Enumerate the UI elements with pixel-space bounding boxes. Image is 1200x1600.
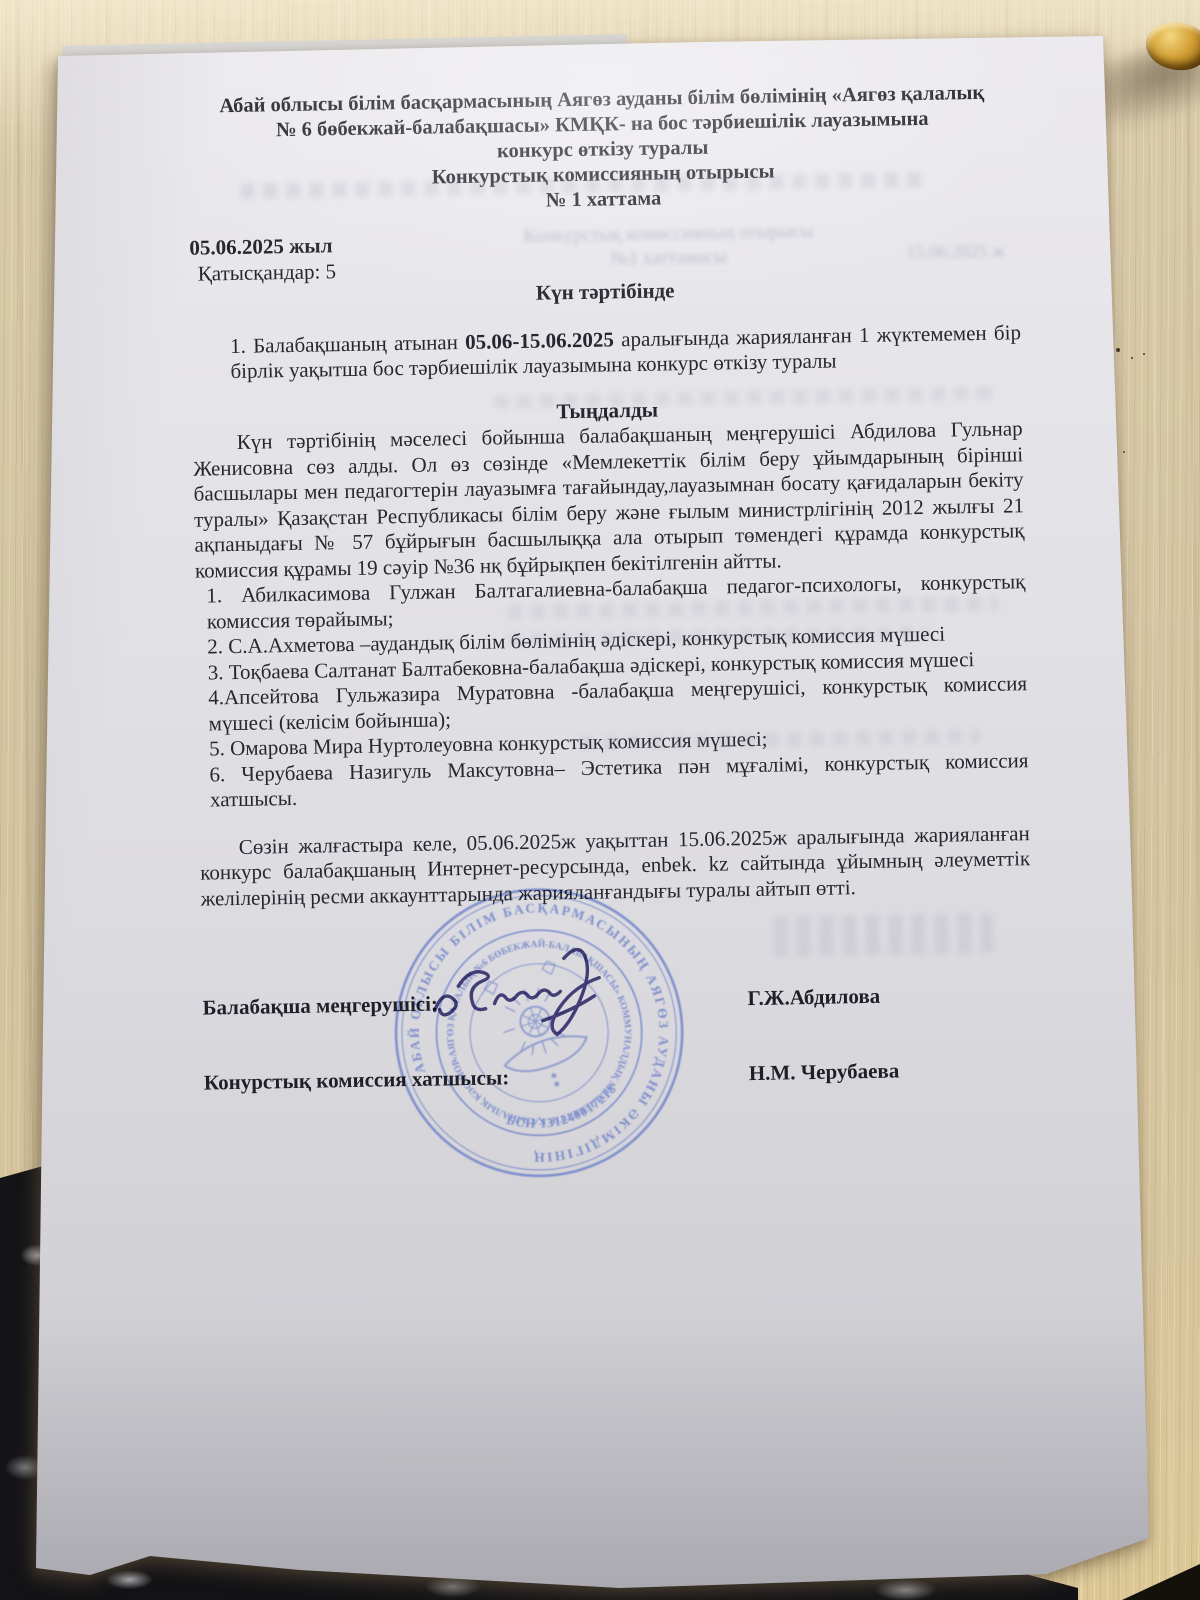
heard-heading: Тыңдалды (192, 391, 1022, 431)
bleed-smudge (580, 729, 980, 750)
document-title-line: № 1 хаттама (188, 180, 1018, 219)
bleed-line: Конкурстық комиссияның отырысы (383, 217, 953, 251)
stamp-outer-text: АБАЙ ОБЛЫСЫ БІЛІМ БАСҚАРМАСЫНЫҢ АЯГӨЗ АУ… (371, 864, 708, 1201)
bleed-smudge (508, 597, 998, 620)
stamp-bsn-text: БСН 131240017218 (501, 1076, 624, 1145)
bleed-smudge (494, 387, 994, 409)
signature-role: Конурстық комиссия хатшысы: (204, 1061, 749, 1096)
participants-count: Қатысқандар: 5 (190, 247, 1020, 287)
bleed-through-text: Конкурстық комиссияның отырысы №1 хаттам… (383, 217, 954, 275)
agenda-heading: Күн тәртібінде (190, 272, 1020, 312)
stamp-inner-text: «АЯГӨЗ ҚАЛАЛЫҚ №6 БӨБЕКЖАЙ-БАЛАБАҚШАСЫ» … (351, 855, 658, 1172)
document-page: Конкурстық комиссияның отырысы №1 хаттам… (0, 0, 1200, 1600)
svg-text:БСН 131240017218: БСН 131240017218 (501, 1076, 624, 1145)
bleed-date-fragment: 15.06.2025 ж (906, 239, 1004, 266)
paper-shadow-wrap: Конкурстық комиссияның отырысы №1 хаттам… (0, 0, 1200, 1600)
svg-text:«АЯГӨЗ ҚАЛАЛЫҚ №6 БӨБЕКЖАЙ-БАЛ: «АЯГӨЗ ҚАЛАЛЫҚ №6 БӨБЕКЖАЙ-БАЛАБАҚШАСЫ» … (351, 855, 658, 1172)
agenda-item-prefix: 1. Балабақшаның атынан (230, 329, 465, 357)
commission-member: 3. Тоқбаева Салтанат Балтабековна-балаба… (208, 646, 1027, 686)
document-date: 05.06.2025 жыл (189, 221, 1019, 261)
document-title-line: Конкурстық комиссияның отырысы (188, 155, 1018, 194)
bleed-smudge (508, 626, 928, 646)
signature-name: Г.Ж.Абдилова (747, 984, 880, 1012)
bleed-smudge (773, 913, 994, 957)
agenda-item: 1. Балабақшаның атынан 05.06-15.06.2025 … (230, 320, 1022, 385)
commission-member: 2. С.А.Ахметова –аудандық білім бөліміні… (207, 620, 1026, 660)
document-title-line: конкурс өткізу туралы (188, 130, 1018, 169)
bleed-smudge (240, 172, 930, 199)
signature-role: Балабақша меңгерушісі: (202, 986, 747, 1021)
heard-paragraph: Күн тәртібінің мәселесі бойынша балабақш… (193, 416, 1026, 583)
document-title: Абай облысы білім басқармасының Аягөз ау… (187, 80, 1019, 219)
document-content: Конкурстық комиссияның отырысы №1 хаттам… (58, 39, 1132, 1577)
signature-row: Балабақша меңгерушісі: Г.Ж.Абдилова (202, 981, 1032, 1021)
closing-paragraph: Сөзін жалғастыра келе, 05.06.2025ж уақыт… (200, 821, 1031, 912)
agenda-item-dates: 05.06-15.06.2025 (465, 327, 614, 354)
document-title-line: № 6 бөбекжай-балабақшасы» КМҚК- на бос т… (187, 105, 1017, 144)
svg-text:АБАЙ ОБЛЫСЫ БІЛІМ БАСҚАРМАСЫНЫ: АБАЙ ОБЛЫСЫ БІЛІМ БАСҚАРМАСЫНЫҢ АЯГӨЗ АУ… (371, 864, 708, 1201)
commission-member-list: 1. Абилкасимова Гулжан Балтагалиевна-бал… (206, 569, 1029, 813)
commission-member: 5. Омарова Мира Нуртолеуовна конкурстық … (209, 722, 1028, 762)
agenda-item-suffix: аралығында жарияланған 1 жүктемемен бір … (230, 320, 1021, 383)
commission-member: 1. Абилкасимова Гулжан Балтагалиевна-бал… (206, 569, 1026, 634)
photo-desk-scene: Конкурстық комиссияның отырысы №1 хаттам… (0, 0, 1200, 1600)
official-stamp: АБАЙ ОБЛЫСЫ БІЛІМ БАСҚАРМАСЫНЫҢ АЯГӨЗ АУ… (351, 845, 727, 1221)
stamp-emblem-icon (477, 957, 599, 1100)
document-title-line: Абай облысы білім басқармасының Аягөз ау… (187, 80, 1017, 119)
commission-member: 6. Черубаева Назигуль Максутовна– Эстети… (209, 748, 1029, 813)
signature-ink (423, 936, 610, 1059)
signature-name: Н.М. Черубаева (749, 1058, 900, 1086)
commission-member: 4.Апсейтова Гульжазира Муратовна -балаба… (208, 671, 1028, 736)
signature-row: Конурстық комиссия хатшысы: Н.М. Черубае… (204, 1056, 1034, 1096)
bleed-line: №1 хаттамасы (383, 241, 953, 275)
